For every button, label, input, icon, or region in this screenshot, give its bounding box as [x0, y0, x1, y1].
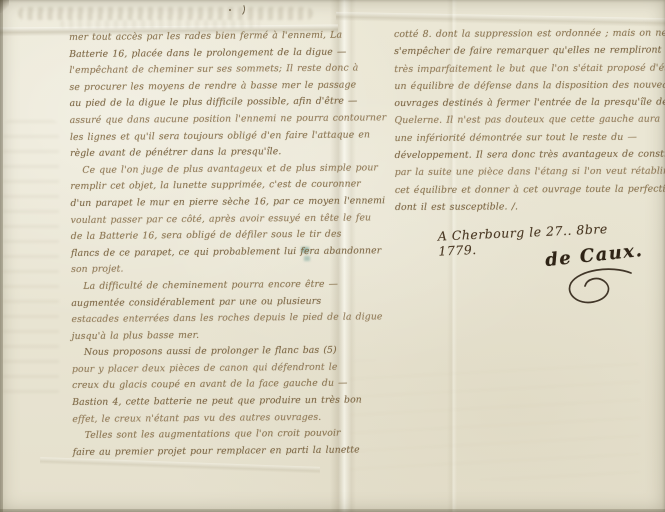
handwritten-line: par la suite une pièce dans l'étang si l… — [395, 166, 663, 185]
handwritten-line: Quelerne. Il n'est pas douteux que cette… — [394, 114, 662, 133]
handwritten-line: dont il est susceptible. /. — [395, 201, 663, 220]
ink-mark-paren — [235, 2, 246, 16]
letter-page-left-text: mer tout accès par les rades bien fermé … — [69, 30, 345, 464]
bleed-through-text-ghost — [18, 7, 313, 20]
letter-page-right-text: cotté 8. dont la suppression est ordonné… — [394, 28, 663, 220]
top-left-corner-mark — [0, 0, 9, 13]
handwritten-line: cotté 8. dont la suppression est ordonné… — [394, 28, 662, 47]
bleed-through-blank-ghost — [350, 360, 640, 480]
scan-edge-left — [0, 0, 3, 512]
handwritten-line: ouvrages destinés à fermer l'entrée de l… — [394, 97, 662, 116]
ink-mark-dot — [229, 9, 231, 11]
horizontal-crease-right-page — [336, 12, 665, 27]
bleed-through-margin-ghost — [3, 120, 59, 400]
handwritten-line: une infériorité démontrée sur tout le re… — [395, 131, 663, 150]
handwritten-line: faire au premier projet pour remplacer e… — [73, 444, 345, 463]
handwritten-line: cet équilibre et donner à cet ouvrage to… — [395, 183, 663, 202]
handwritten-line: développement. Il sera donc très avantag… — [395, 149, 663, 168]
bleed-through-text-ghost — [60, 20, 260, 28]
signature-flourish — [563, 268, 635, 312]
handwritten-line: un équilibre de défense dans la disposit… — [394, 79, 662, 98]
handwritten-line: très imparfaitement le but que l'on s'ét… — [394, 62, 662, 81]
handwritten-line: s'empêcher de faire remarquer qu'elles n… — [394, 45, 662, 64]
manuscript-scan: mer tout accès par les rades bien fermé … — [0, 0, 665, 512]
